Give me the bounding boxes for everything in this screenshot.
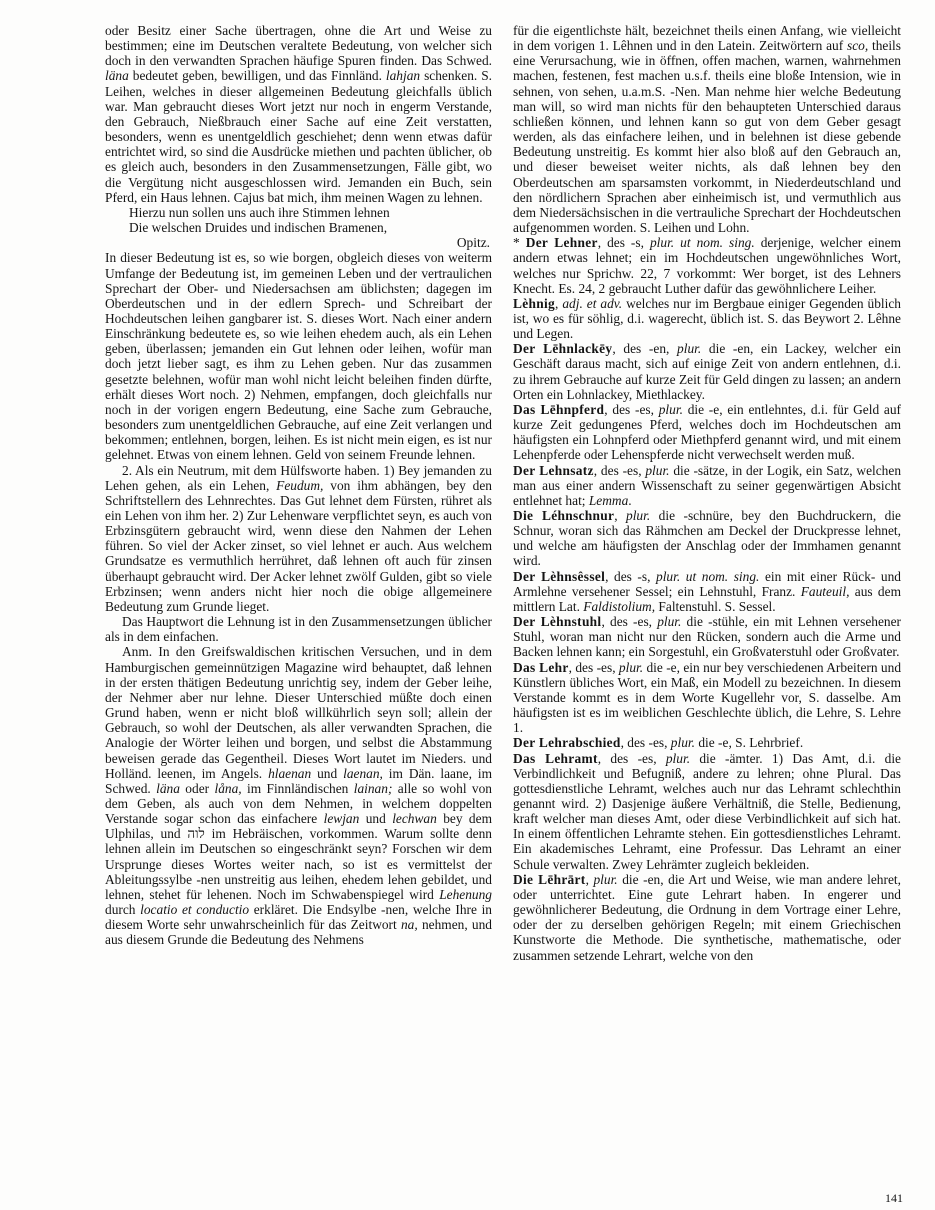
paragraph: 2. Als ein Neutrum, mit dem Hülfsworte h…: [105, 463, 492, 615]
italic-term: locatio et conductio: [140, 902, 249, 917]
dictionary-entry: Die Lēhrārt, plur. die -en, die Art und …: [513, 872, 901, 963]
dictionary-entry: Das Lehramt, des -es, plur. die -ämter. …: [513, 751, 901, 872]
dictionary-entry: Der Lèhnstuhl, des -es, plur. die -stühl…: [513, 614, 901, 659]
italic-term: lechwan: [392, 811, 437, 826]
italic-term: plur.: [645, 463, 669, 478]
entry-headword: Das Lehramt: [513, 751, 598, 766]
text-run: In dieser Bedeutung ist es, so wie borge…: [105, 250, 492, 462]
dictionary-entry: Das Lehr, des -es, plur. die -e, ein nur…: [513, 660, 901, 736]
dictionary-entry: Der Lehnsatz, des -es, plur. die -sätze,…: [513, 463, 901, 508]
italic-term: Feudum,: [276, 478, 323, 493]
text-run: ,: [614, 508, 626, 523]
text-run: , des -es,: [594, 463, 646, 478]
text-run: schenken. S. Leihen, welches in dieser a…: [105, 68, 492, 204]
dictionary-page: oder Besitz einer Sache übertragen, ohne…: [0, 0, 935, 1210]
entry-headword: Der Lehrabschied: [513, 735, 621, 750]
text-run: die -ämter. 1) Das Amt, d.i. die Verbind…: [513, 751, 901, 872]
italic-term: Faldistolium,: [583, 599, 655, 614]
dictionary-entry: Der Lehrabschied, des -es, plur. die -e,…: [513, 735, 901, 750]
text-run: , des -es,: [601, 614, 657, 629]
italic-term: plur.: [657, 614, 681, 629]
entry-headword: Die Lēhrārt: [513, 872, 586, 887]
paragraph: oder Besitz einer Sache übertragen, ohne…: [105, 23, 492, 205]
italic-term: laenan,: [343, 766, 383, 781]
page-number: 141: [885, 1192, 903, 1204]
italic-term: Fauteuil,: [801, 584, 850, 599]
text-run: Faltenstuhl. S. Sessel.: [655, 599, 776, 614]
italic-term: lewjan: [324, 811, 360, 826]
italic-term: plur.: [626, 508, 650, 523]
italic-term: plur.: [677, 341, 701, 356]
entry-headword: Der Lēhnlackēy: [513, 341, 612, 356]
text-run: durch: [105, 902, 140, 917]
right-column: für die eigentlichste hält, bezeichnet t…: [513, 23, 901, 963]
italic-term: lahjan: [386, 68, 420, 83]
text-run: .: [628, 493, 631, 508]
italic-term: Lemma: [589, 493, 628, 508]
text-run: für die eigentlichste hält, bezeichnet t…: [513, 23, 901, 53]
paragraph: Das Hauptwort die Lehnung ist in den Zus…: [105, 614, 492, 644]
italic-term: hlaenan: [268, 766, 311, 781]
dictionary-entry: Die Léhnschnur, plur. die -schnüre, bey …: [513, 508, 901, 569]
text-run: Anm. In den Greifswaldischen kritischen …: [105, 644, 492, 780]
dictionary-entry: Der Lēhnlackēy, des -en, plur. die -en, …: [513, 341, 901, 402]
italic-term: plur.: [671, 735, 695, 750]
italic-term: lainan;: [354, 781, 393, 796]
italic-term: låna,: [214, 781, 241, 796]
entry-headword: Der Lehnsatz: [513, 463, 594, 478]
italic-term: plur.: [619, 660, 643, 675]
entry-headword: Das Lehr: [513, 660, 569, 675]
text-run: , des -s,: [598, 235, 650, 250]
italic-term: plur. ut nom. sing.: [650, 235, 755, 250]
italic-term: sco,: [847, 38, 868, 53]
text-run: die -e, S. Lehrbrief.: [695, 735, 803, 750]
entry-headword: Der Lèhnsêssel: [513, 569, 605, 584]
paragraph: Anm. In den Greifswaldischen kritischen …: [105, 644, 492, 947]
italic-term: plur.: [666, 751, 690, 766]
text-run: , des -es,: [621, 735, 671, 750]
text-run: und: [359, 811, 392, 826]
text-run: , des -en,: [612, 341, 677, 356]
text-run: , des -es,: [598, 751, 666, 766]
text-run: von ihm abhängen, bey den Schriftsteller…: [105, 478, 492, 614]
text-run: , des -es,: [569, 660, 619, 675]
text-run: , des -es,: [604, 402, 658, 417]
text-run: *: [513, 235, 526, 250]
italic-term: läna: [105, 68, 129, 83]
entry-headword: Das Lēhnpferd: [513, 402, 604, 417]
dictionary-entry: * Der Lehner, des -s, plur. ut nom. sing…: [513, 235, 901, 296]
italic-term: plur. ut nom. sing.: [656, 569, 759, 584]
verse-attribution: Opitz.: [105, 235, 492, 250]
paragraph: In dieser Bedeutung ist es, so wie borge…: [105, 250, 492, 462]
entry-headword: Die Léhnschnur: [513, 508, 614, 523]
text-run: und: [311, 766, 343, 781]
text-run: , des -s,: [605, 569, 656, 584]
text-run: theils eine Verursachung, wie in öffnen,…: [513, 38, 901, 235]
italic-term: Lehenung: [439, 887, 492, 902]
italic-term: adj. et adv.: [562, 296, 622, 311]
entry-headword: Lèhnig: [513, 296, 555, 311]
text-run: oder Besitz einer Sache übertragen, ohne…: [105, 23, 492, 68]
dictionary-entry: Lèhnig, adj. et adv. welches nur im Berg…: [513, 296, 901, 341]
dictionary-entry: Das Lēhnpferd, des -es, plur. die -e, ei…: [513, 402, 901, 463]
entry-headword: Der Lèhnstuhl: [513, 614, 601, 629]
text-run: oder: [180, 781, 215, 796]
italic-term: plur.: [659, 402, 683, 417]
dictionary-entry: Der Lèhnsêssel, des -s, plur. ut nom. si…: [513, 569, 901, 614]
text-run: im Finnländischen: [242, 781, 354, 796]
paragraph: für die eigentlichste hält, bezeichnet t…: [513, 23, 901, 235]
text-run: Das Hauptwort die Lehnung ist in den Zus…: [105, 614, 492, 644]
italic-term: na,: [401, 917, 418, 932]
text-run: bedeutet geben, bewilligen, und das Finn…: [129, 68, 386, 83]
entry-headword: Der Lehner: [526, 235, 598, 250]
italic-term: plur.: [593, 872, 617, 887]
verse-line: Die welschen Druides und indischen Brame…: [105, 220, 492, 235]
italic-term: läna: [156, 781, 180, 796]
verse-line: Hierzu nun sollen uns auch ihre Stimmen …: [105, 205, 492, 220]
left-column: oder Besitz einer Sache übertragen, ohne…: [105, 23, 492, 948]
